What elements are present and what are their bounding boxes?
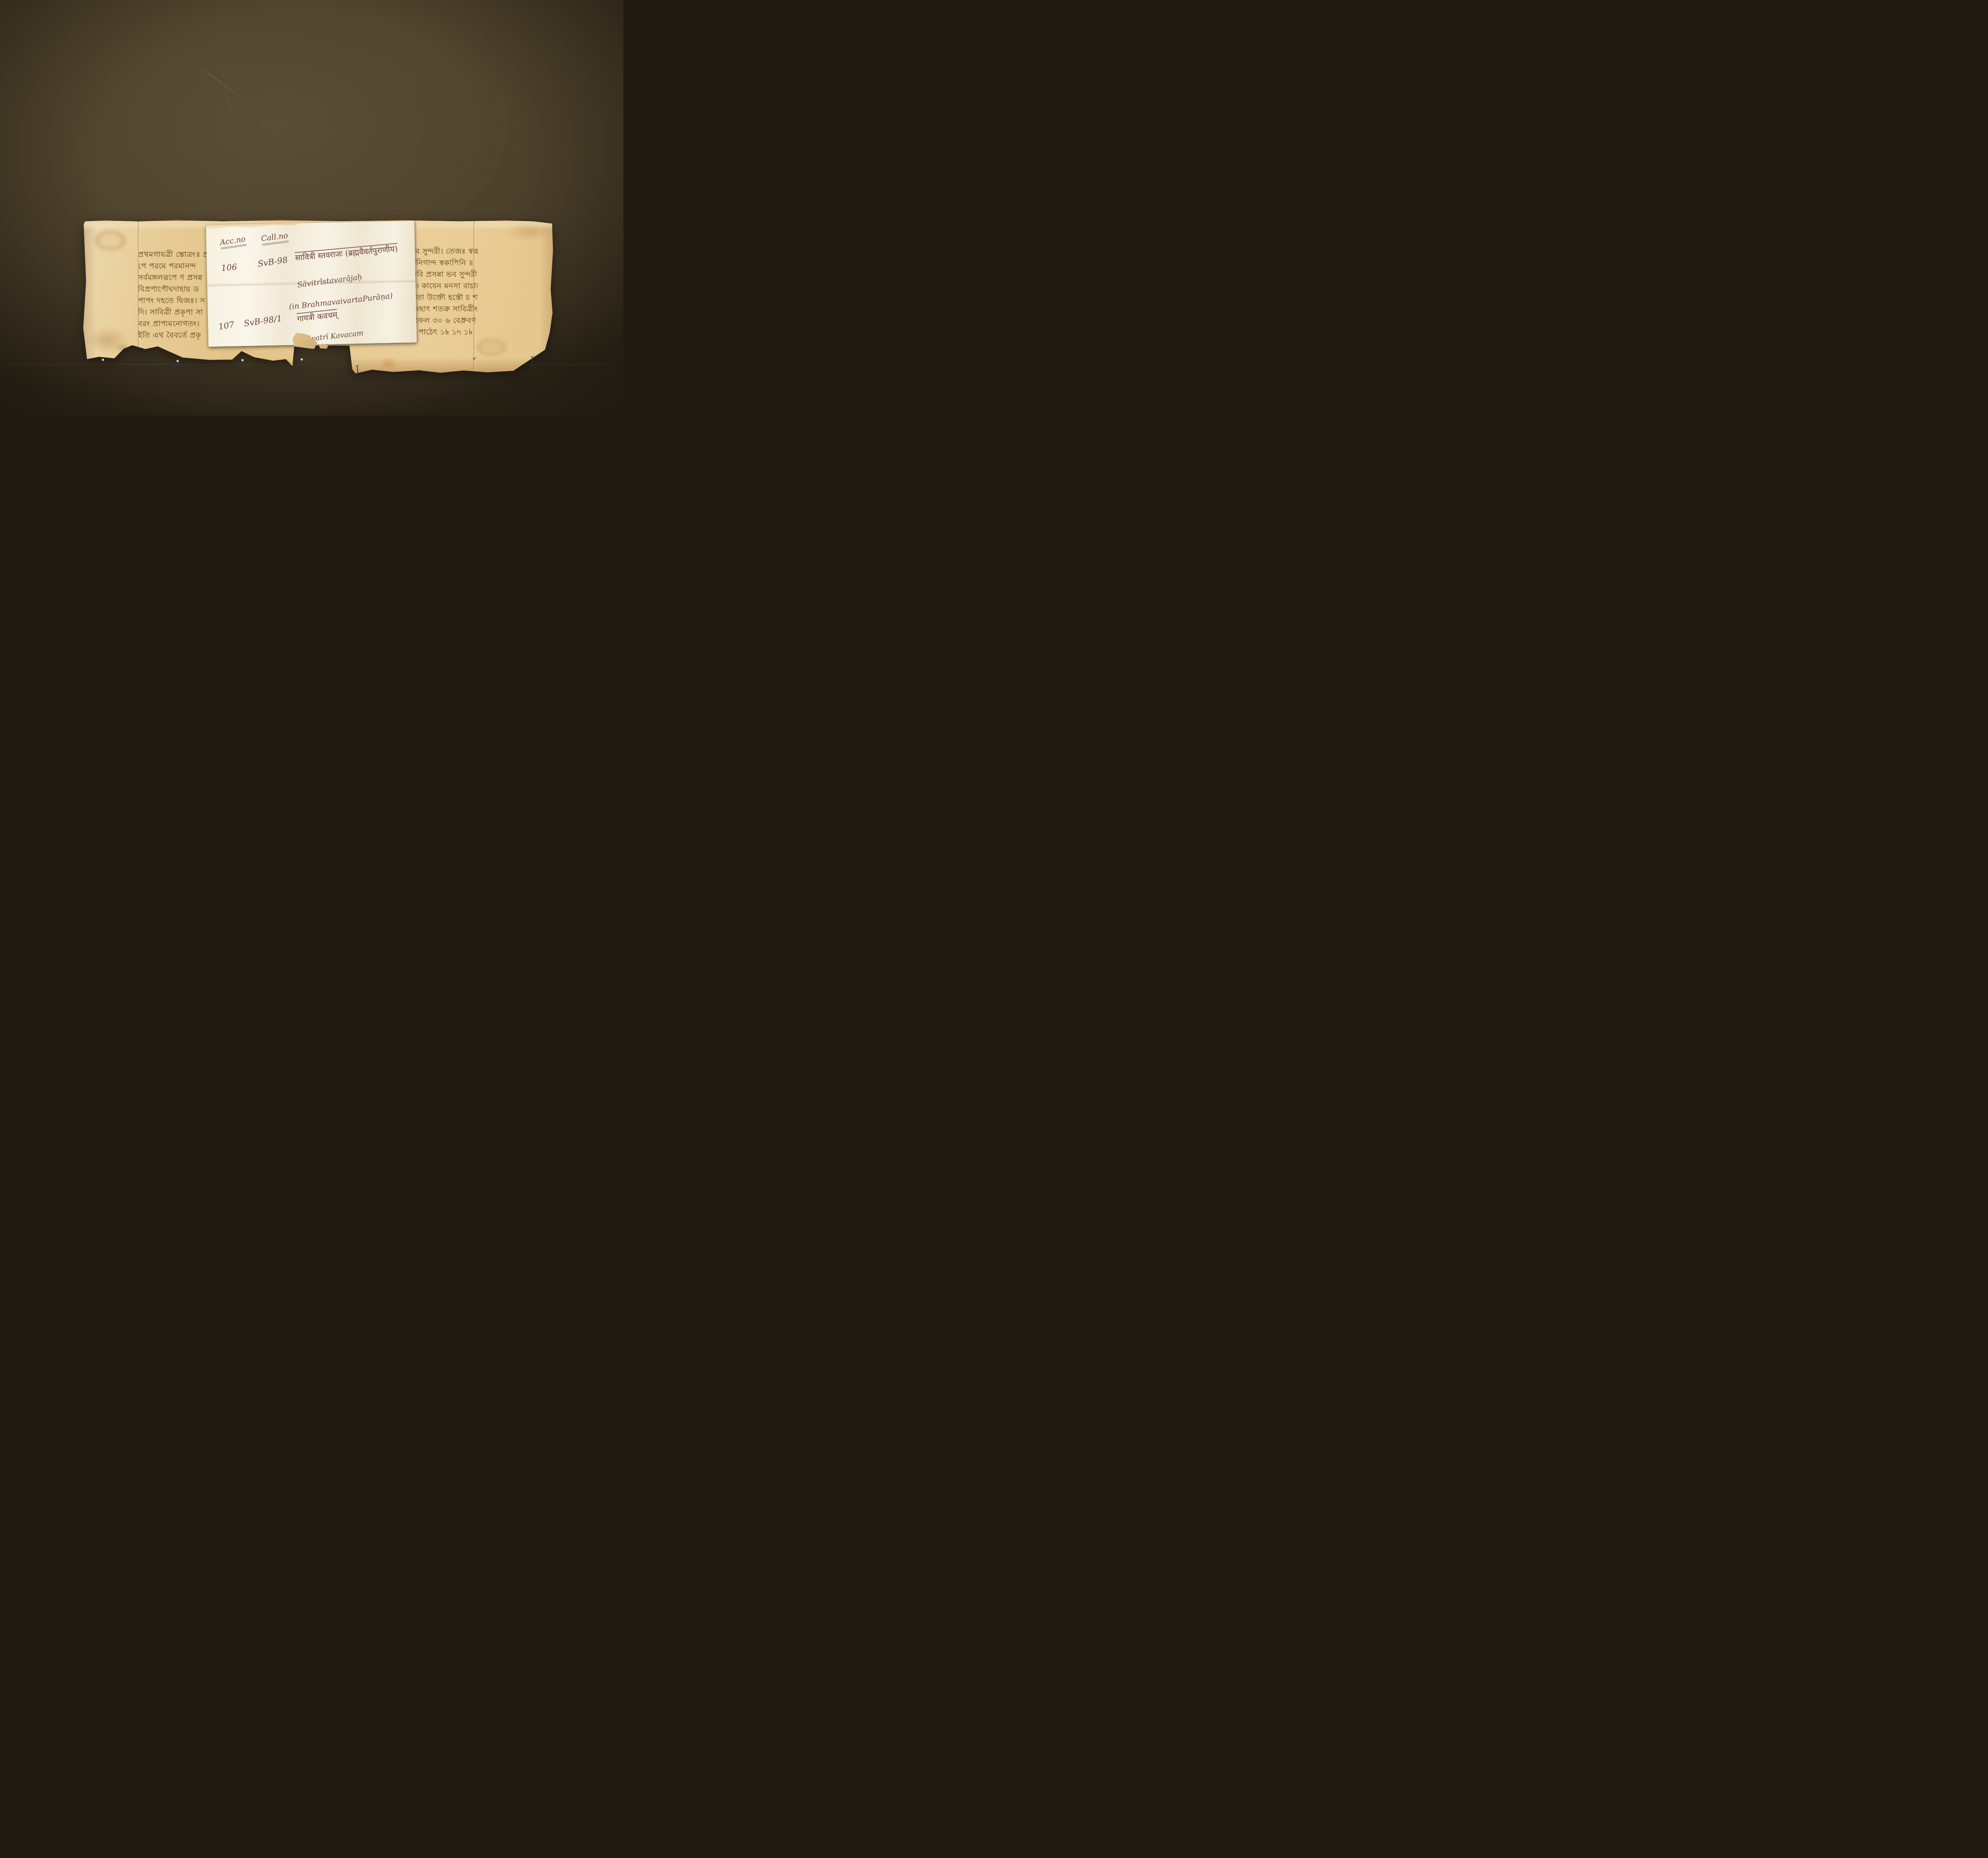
entry-1-source-roman: (in BrahmavaivartaPurāṇa) [289, 292, 393, 311]
manuscript-line: দি। সাবিত্রী প্রকৃপা সা [138, 307, 211, 318]
pin [177, 360, 179, 363]
pin [356, 363, 359, 366]
catalog-label-card: Acc.no Call.no 106 SvB-98 सावित्री स्तवर… [206, 221, 417, 347]
entry-2-call-no: SvB-98/1 [243, 313, 283, 328]
stain [380, 358, 397, 369]
pin [102, 359, 105, 361]
acc-no-header-text: Acc.no [219, 235, 247, 249]
acc-no-column-header: Acc.no [219, 235, 246, 247]
stain [116, 344, 130, 352]
entry-1-call-no: SvB-98 [257, 255, 289, 269]
manuscript-line: দেবি প্রসন্না ভব সুন্দরী ॥ [410, 269, 478, 280]
pin [241, 359, 244, 362]
manuscript-line: ধাতা উক্তৌ হস্তৌ চ শব [410, 292, 478, 303]
entry-2-acc-no: 107 [218, 320, 235, 332]
call-no-header-text: Call.no [261, 231, 289, 245]
manuscript-line: বিনিগান্দ স্বকাপিনি ॥ [410, 257, 478, 269]
entry-2-title-devanagari: गायत्री कवचम् [297, 309, 338, 324]
manuscript-line: । দছাৎ শতক্র সাবিত্রীং [410, 303, 478, 315]
manuscript-line: পে পরমে পরমানন্দ [138, 260, 211, 272]
entry-1-title-devanagari: सावित्री स्तवराजः (ब्रह्मवैवर्तपुराणीय) [295, 243, 398, 263]
pin [301, 358, 303, 361]
manuscript-line: পাপং দহতে দ্বিজঃ। স [138, 295, 211, 307]
stain [507, 223, 555, 240]
entry-1-acc-no: 106 [221, 262, 237, 273]
manuscript-line: প্রথমগাযত্রী স্তোত্রং॥ প্র [138, 249, 211, 260]
manuscript-line: সর্বমঙ্গলরূপে ণ প্রসন্ন [138, 272, 211, 284]
entry-1-title-roman: Sāvitrīstavarājaḥ [297, 272, 363, 289]
manuscript-line: ইতি এথ বৈবর্তে প্রকৃ [138, 330, 211, 341]
photo-stage: প্রথমগাযত্রী স্তোত্রং॥ প্র পে পরমে পরমান… [0, 0, 623, 416]
manuscript-text-left-column: প্রথমগাযত্রী স্তোত্রং॥ প্র পে পরমে পরমান… [138, 249, 211, 342]
pin [473, 356, 476, 358]
manuscript-line: বিপ্রপাপৌঘদাহায় ড [138, 284, 211, 295]
manuscript-text-right-column: ভব সুন্দরী। তেজঃ স্বরূ বিনিগান্দ স্বকাপি… [410, 246, 478, 342]
manuscript-line: বরং প্রাপ্যমনোগতং। [138, 318, 211, 330]
call-no-column-header: Call.no [261, 231, 289, 243]
stain [477, 339, 506, 356]
manuscript-line: দি পাঠেৎ ১৳ ১৸ ১৳ [410, 327, 478, 338]
manuscript-line: যৎফল ৩০ ৬ বেধ্রুবণ [410, 315, 478, 327]
manuscript-line: রি। কাযেন মনসা বাচায়ে [410, 280, 478, 292]
manuscript-line: ভব সুন্দরী। তেজঃ স্বরূ [410, 246, 478, 257]
stain [95, 231, 126, 251]
pin [531, 354, 534, 357]
